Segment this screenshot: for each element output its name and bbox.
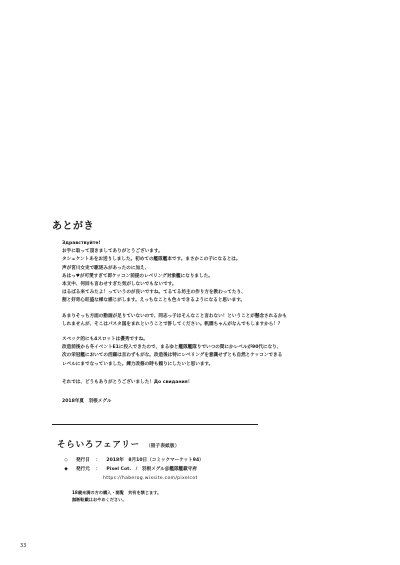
afterword-paragraph-2: あまりそっち方面の動画が足りていないので、同志っ子はそんなこと言わない！というこ…: [62, 313, 362, 329]
book-subtitle: （冊子表紙版）: [146, 444, 180, 449]
text-line: あはっ♥が可愛すぎて即ケッコン前提のレベリング対象艦になりました。: [62, 273, 362, 281]
text-line: はるばる来てみたよ！っていうのが良いですね。てるてる坊主の作り方を教わってたり、: [62, 289, 362, 297]
text-line: 次の栄冠艦においての活躍は言わずもがな。改造後は特にレベリングを意識せずとも自然…: [62, 352, 362, 360]
colophon-sep: ：: [96, 465, 101, 474]
notice-line: 無断転載はおやめください。: [72, 497, 161, 504]
text-line: あまりそっち方面の動画が足りていないので、同志っ子はそんなこと言わない！というこ…: [62, 313, 362, 321]
colophon-value: Pixel Cot. / 羽根メグル＠艦隊艦載守府: [106, 465, 197, 474]
afterword-paragraph-3: スペック的にも4スロットは優秀ですね。 改造前後から冬イベントE1に投入できたの…: [62, 336, 362, 369]
page-number: 33: [20, 543, 26, 549]
text-line: 本文中、何回も言わせすぎた気がしないでもないです。: [62, 281, 362, 289]
colophon-label: 発行日: [76, 456, 90, 465]
afterword-heading: あとがき: [52, 217, 94, 232]
text-line: 改造前後から冬イベントE1に投入できたので、まるゆと艦隊艦隊りでいつの間にかレベ…: [62, 344, 362, 352]
text-line: お手に取って頂きましてありがとうございます。: [62, 248, 362, 256]
afterword-closing: それでは、どうもありがとうございました！До свидания！: [62, 379, 362, 387]
text-line: 2018年夏 羽根メグル: [62, 398, 362, 406]
colophon-sep: ：: [96, 456, 101, 465]
colophon-label: 発行元: [76, 465, 90, 474]
diamond-filled-icon: ◆: [62, 465, 70, 474]
afterword-signature: 2018年夏 羽根メグル: [62, 398, 362, 406]
colophon: ◇ 発行日 ： 2018年 8月10日（コミックマーケット94） ◆ 発行元 ：…: [62, 456, 204, 483]
legal-notice: 18歳未満の方の購入・閲覧 共有を禁じます。 無断転載はおやめください。: [72, 490, 161, 503]
colophon-row-publisher: ◆ 発行元 ： Pixel Cot. / 羽根メグル＠艦隊艦載守府: [62, 465, 204, 474]
text-line: しれませんが、そこはパスタ国をまれということで許してください。帆園ちゃんがなんで…: [62, 321, 362, 329]
colophon-row-issue-date: ◇ 発行日 ： 2018年 8月10日（コミックマーケット94）: [62, 456, 204, 465]
text-line: タシュケントあをお送りしました。初めての艦隊艦本です。まさかこの子になるとは。: [62, 256, 362, 264]
text-line: レベルにまでなっていました。練力改修の時も頼りにしたいと思います。: [62, 361, 362, 369]
section-divider: [52, 424, 258, 425]
text-line: Здравствуйте!: [62, 240, 362, 248]
page: あとがき Здравствуйте! お手に取って頂きましてありがとうございます…: [0, 0, 400, 565]
notice-line: 18歳未満の方の購入・閲覧 共有を禁じます。: [72, 490, 161, 497]
text-line: 割と好奇心旺盛な様な感じがします。えっちなことも色々できるようになると思います。: [62, 297, 362, 305]
diamond-outline-icon: ◇: [62, 456, 70, 465]
book-title: そらいろフェアリー（冊子表紙版）: [57, 438, 180, 450]
afterword-paragraph-1: Здравствуйте! お手に取って頂きましてありがとうございます。 タシュ…: [62, 240, 362, 306]
publisher-url: https://haberog.wixsite.com/pixelcot: [62, 474, 204, 483]
text-line: それでは、どうもありがとうございました！До свидания！: [62, 379, 362, 387]
text-line: スペック的にも4スロットは優秀ですね。: [62, 336, 362, 344]
book-title-text: そらいろフェアリー: [57, 440, 140, 450]
text-line: 声が宮川女史で駆逐みがあったのに加え、: [62, 265, 362, 273]
colophon-value: 2018年 8月10日（コミックマーケット94）: [106, 456, 203, 465]
